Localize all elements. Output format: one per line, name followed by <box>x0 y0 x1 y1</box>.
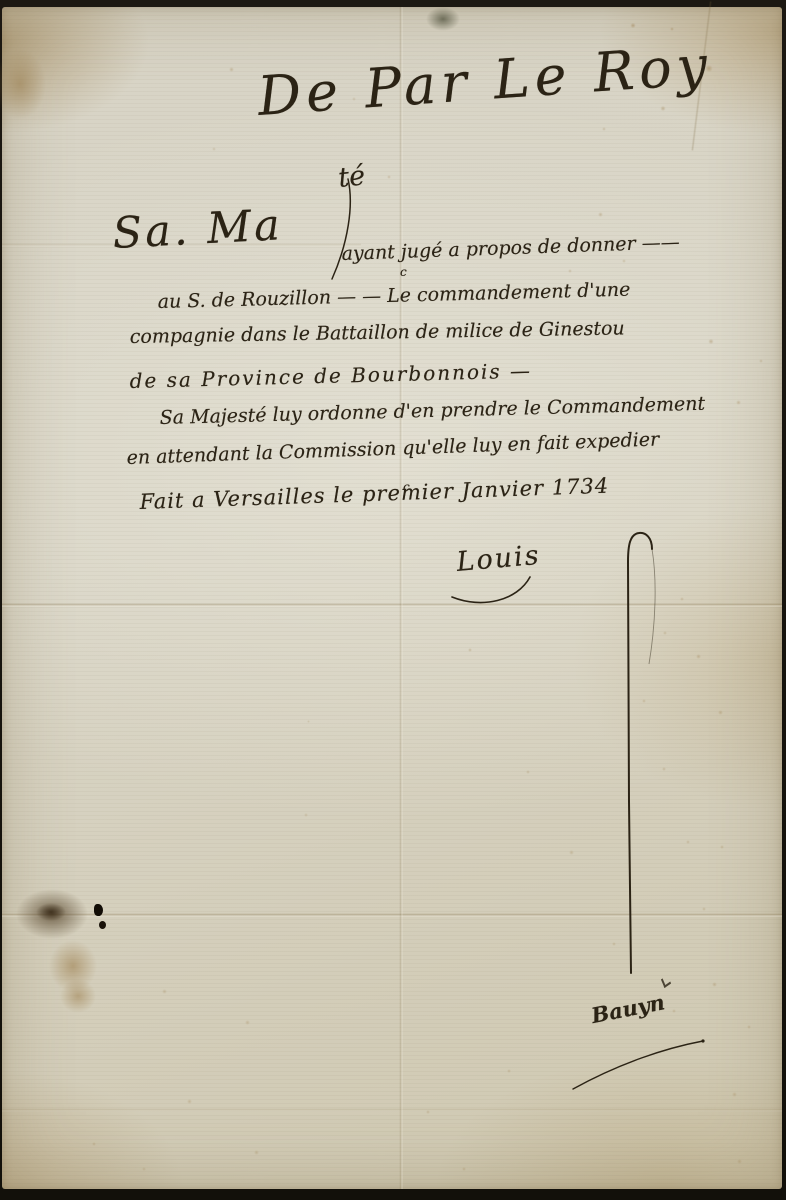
document-title: De Par Le Roy <box>256 33 714 128</box>
ink-blotch-top-edge <box>426 7 460 31</box>
foxing-spot <box>696 654 701 659</box>
foxing-spot <box>702 907 706 911</box>
foxing-spot <box>718 710 723 715</box>
counter-signature: Bauyn <box>589 989 667 1028</box>
foxing-spot <box>622 259 626 263</box>
foxing-spot <box>720 845 724 849</box>
body-line: Sa Majesté luy ordonne d'en prendre le C… <box>159 393 705 429</box>
manuscript-page: De Par Le Roy té Sa. Ma ayant jugé a pro… <box>2 7 782 1189</box>
stain-left-edge <box>0 49 46 119</box>
fold-line-bottom <box>2 1108 782 1112</box>
stain-dark-core <box>36 903 66 921</box>
foxing-spot <box>663 631 667 635</box>
foxing-spot <box>468 648 472 652</box>
foxing-spot <box>662 767 666 771</box>
foxing-spot <box>304 813 308 817</box>
foxing-spot <box>736 400 741 405</box>
foxing-spot <box>92 1142 96 1146</box>
foxing-spot <box>737 1159 742 1164</box>
foxing-spot <box>426 1110 430 1114</box>
foxing-spot <box>672 1009 676 1013</box>
paraphe-stroke <box>628 533 652 973</box>
foxing-spot <box>254 1150 259 1155</box>
foxing-spot <box>507 1069 511 1073</box>
foxing-spot <box>245 1020 250 1025</box>
foxing-spot <box>212 147 216 151</box>
foxing-spot <box>307 720 310 723</box>
stain-dark-left <box>16 889 88 939</box>
body-line: compagnie dans le Battaillon de milice d… <box>130 317 625 348</box>
foxing-spot <box>708 339 714 344</box>
foxing-spot <box>660 106 666 111</box>
fold-line-vertical <box>399 7 403 1189</box>
foxing-spot <box>732 1092 737 1097</box>
foxing-spot <box>747 1025 751 1029</box>
foxing-spot <box>598 212 603 217</box>
fold-line-middle <box>2 603 782 607</box>
salutation-large-script: Sa. Ma <box>111 200 283 259</box>
louis-underline-flourish <box>452 577 530 603</box>
paper-hole-small <box>99 921 106 929</box>
foxing-spot <box>187 1099 192 1104</box>
pen-tick-mark <box>661 975 671 988</box>
countersignature-flourish <box>573 1041 703 1089</box>
foxing-spot <box>142 1167 146 1171</box>
abbreviation-superscript: té <box>337 160 367 194</box>
dateline: Fait a Versailles le premier Janvier 173… <box>139 474 609 514</box>
insertion-mark: c <box>403 480 410 494</box>
foxing-spot <box>642 699 646 703</box>
paraphe-tail <box>649 549 655 664</box>
foxing-spot <box>612 942 616 946</box>
foxing-spot <box>526 770 530 774</box>
body-line: au S. de Rouzillon — — Le commandement d… <box>157 279 630 313</box>
foxing-spot <box>686 840 690 844</box>
foxing-spot <box>759 359 763 363</box>
fold-line-lower <box>2 913 782 917</box>
foxing-spot <box>462 1167 466 1171</box>
foxing-spot <box>229 67 234 72</box>
foxing-spot <box>670 27 674 31</box>
paper-hole <box>94 904 103 916</box>
foxing-spot <box>568 269 572 273</box>
body-line-salutation-rest: ayant jugé a propos de donner —— <box>341 231 680 265</box>
foxing-spot <box>602 127 606 131</box>
stain-tan-blob-lower <box>60 979 96 1013</box>
foxing-spot <box>630 23 636 28</box>
foxing-spot <box>569 850 574 855</box>
flourish-end-dot <box>701 1039 704 1042</box>
stain-tan-blob <box>49 940 97 992</box>
foxing-spot <box>680 597 684 601</box>
body-line: de sa Province de Bourbonnois — <box>129 358 532 393</box>
foxing-spot <box>712 982 717 987</box>
foxing-spot <box>387 175 391 179</box>
insertion-mark: c <box>400 265 407 279</box>
foxing-spot <box>162 989 167 994</box>
body-line: en attendant la Commission qu'elle luy e… <box>126 428 659 469</box>
royal-signature: Louis <box>455 540 541 578</box>
